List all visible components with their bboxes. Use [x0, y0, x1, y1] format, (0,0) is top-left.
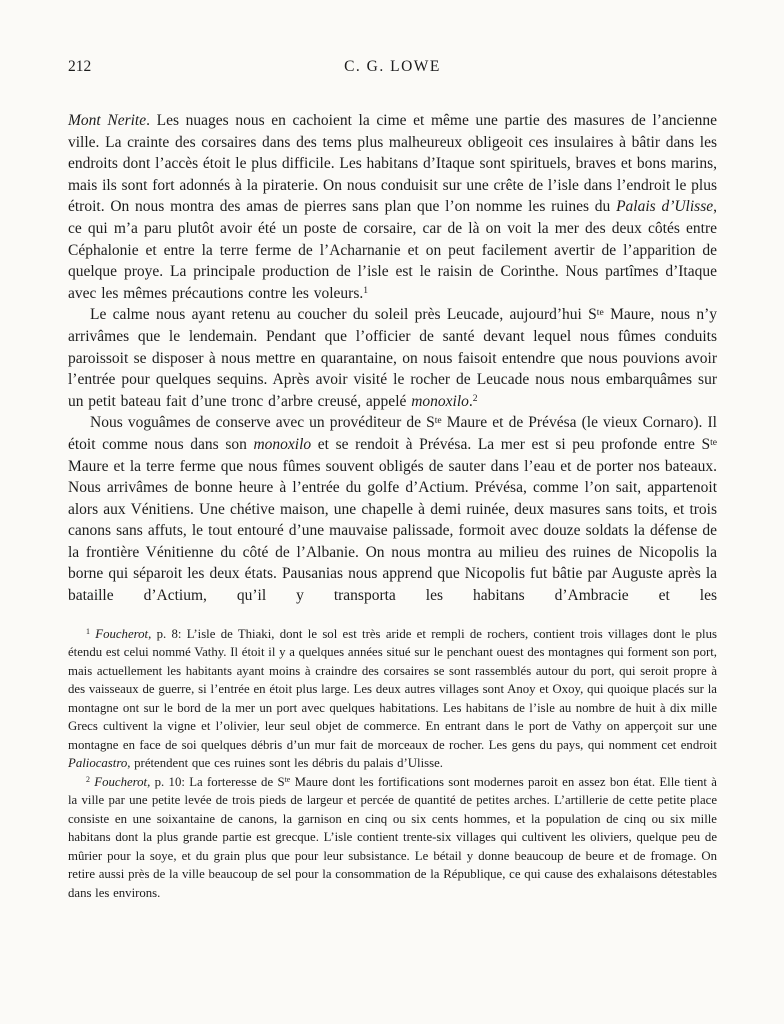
paragraph: Nous voguâmes de conserve avec un provéd… — [68, 412, 717, 606]
paragraph: Le calme nous ayant retenu au coucher du… — [68, 304, 717, 412]
paragraph: Mont Nerite. Les nuages nous en cachoien… — [68, 110, 717, 304]
footnote: 1 Foucherot, p. 8: L’isle de Thiaki, don… — [68, 625, 717, 773]
footnote: 2 Foucherot, p. 10: La forteresse de Ste… — [68, 773, 717, 903]
footnotes-section: 1 Foucherot, p. 8: L’isle de Thiaki, don… — [68, 625, 717, 903]
page: 212 C. G. LOWE Mont Nerite. Les nuages n… — [0, 0, 784, 1024]
scanned-book-page: { "colors": { "paper": "#fbfaf7", "ink":… — [0, 0, 784, 1024]
page-header: 212 C. G. LOWE — [68, 58, 717, 80]
running-title: C. G. LOWE — [68, 58, 717, 76]
body-text: Mont Nerite. Les nuages nous en cachoien… — [68, 110, 717, 607]
